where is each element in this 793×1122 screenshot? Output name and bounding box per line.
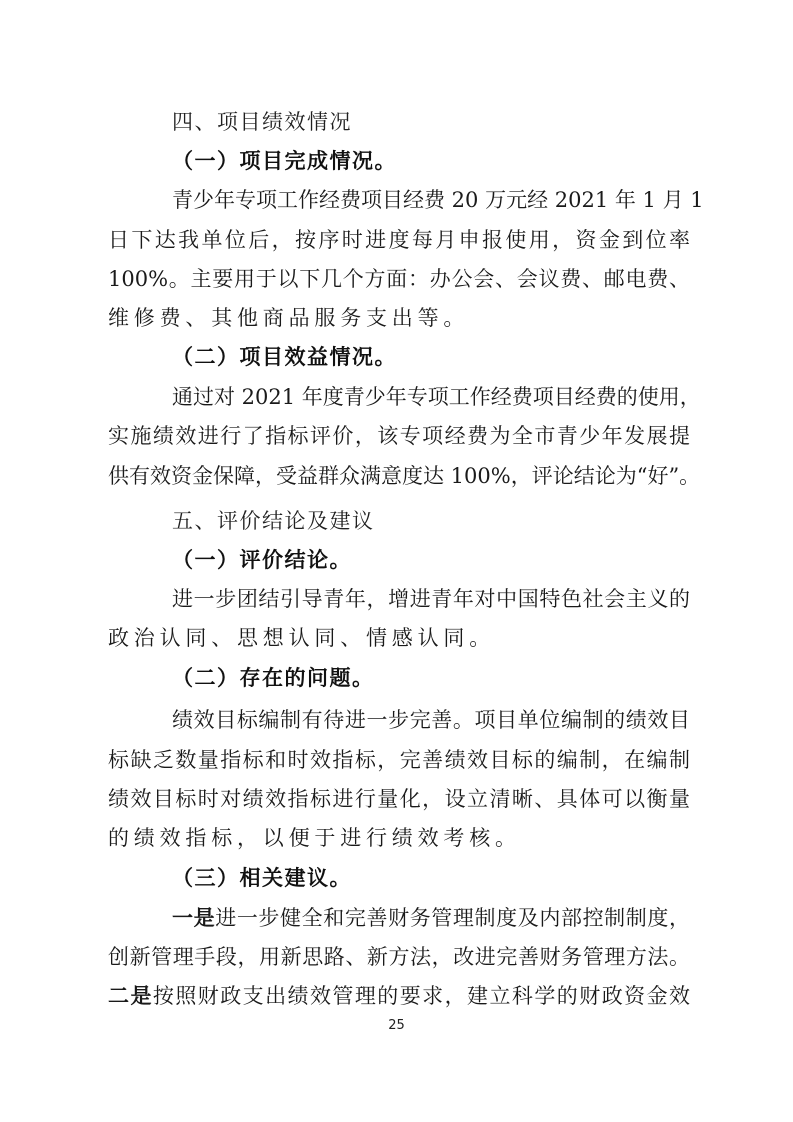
suggestion-line: 创新管理手段，用新思路、新方法，改进完善财务管理方法。 <box>108 939 690 975</box>
suggestion-text: 创新管理手段，用新思路、新方法，改进完善财务管理方法。 <box>108 945 690 969</box>
paragraph-line: 标缺乏数量指标和时效指标，完善绩效目标的编制，在编制 <box>108 742 690 778</box>
paragraph-line: 的绩效指标，以便于进行绩效考核。 <box>108 820 690 856</box>
suggestion-lead: 一是 <box>172 906 215 930</box>
document-page: 四、项目绩效情况 （一）项目完成情况。 青少年专项工作经费项目经费 20 万元经… <box>0 0 793 1122</box>
suggestion-line: 二是按照财政支出绩效管理的要求，建立科学的财政资金效 <box>108 978 690 1014</box>
paragraph-line: 日下达我单位后，按序时进度每月申报使用，资金到位率 <box>108 222 690 258</box>
paragraph-line: 100%。主要用于以下几个方面：办公会、会议费、邮电费、 <box>108 261 690 297</box>
paragraph-line: 实施绩效进行了指标评价，该专项经费为全市青少年发展提 <box>108 418 690 454</box>
paragraph-line: 绩效目标编制有待进一步完善。项目单位编制的绩效目 <box>172 702 690 738</box>
page-number: 25 <box>0 1018 793 1033</box>
subsection-heading-conclusion: （一）评价结论。 <box>172 542 754 578</box>
section-heading-4: 四、项目绩效情况 <box>172 104 754 140</box>
subsection-heading-completion: （一）项目完成情况。 <box>172 143 754 179</box>
paragraph-line: 供有效资金保障，受益群众满意度达 100%，评论结论为“好”。 <box>108 458 690 494</box>
suggestion-line: 一是进一步健全和完善财务管理制度及内部控制制度， <box>172 900 690 936</box>
suggestion-text: 按照财政支出绩效管理的要求，建立科学的财政资金效 <box>153 984 690 1008</box>
suggestion-lead: 二是 <box>108 984 153 1008</box>
section-heading-5: 五、评价结论及建议 <box>172 503 754 539</box>
paragraph-line: 政治认同、思想认同、情感认同。 <box>108 620 690 656</box>
subsection-heading-suggestions: （三）相关建议。 <box>172 860 754 896</box>
paragraph-line: 绩效目标时对绩效指标进行量化，设立清晰、具体可以衡量 <box>108 781 690 817</box>
paragraph-line: 进一步团结引导青年，增进青年对中国特色社会主义的 <box>172 581 690 617</box>
paragraph-line: 维修费、其他商品服务支出等。 <box>108 300 690 336</box>
subsection-heading-benefit: （二）项目效益情况。 <box>172 339 754 375</box>
suggestion-text: 进一步健全和完善财务管理制度及内部控制制度， <box>215 906 690 930</box>
paragraph-line: 通过对 2021 年度青少年专项工作经费项目经费的使用， <box>172 379 690 415</box>
paragraph-line: 青少年专项工作经费项目经费 20 万元经 2021 年 1 月 1 <box>172 182 690 218</box>
subsection-heading-problems: （二）存在的问题。 <box>172 660 754 696</box>
